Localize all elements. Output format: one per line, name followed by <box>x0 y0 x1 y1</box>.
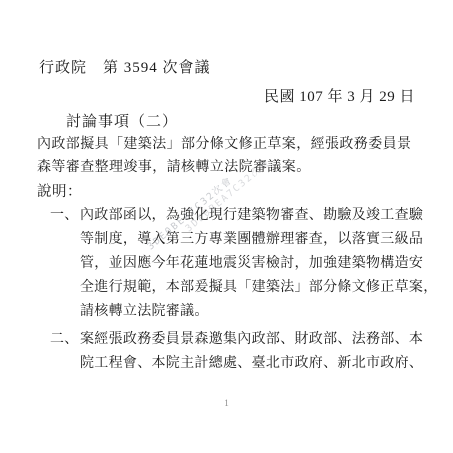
document-page: 行政院 第 3594 次會議 民國 107 年 3 月 29 日 討論事項（二）… <box>0 0 453 453</box>
page-number: 1 <box>0 398 453 408</box>
list-item-2: 二、 案經張政務委員景森邀集內政部、財政部、法務部、本 院工程會、本院主計總處、… <box>50 328 435 376</box>
document-title: 行政院 第 3594 次會議 <box>39 56 211 77</box>
list-item-number: 一、 <box>50 204 80 228</box>
subject-paragraph: 內政部擬具「建築法」部分條文修正草案，經張政務委員景 森等審查整理竣事，請核轉立… <box>37 133 427 179</box>
item2-line-1: 案經張政務委員景森邀集內政部、財政部、法務部、本 <box>80 328 423 352</box>
subject-line-1: 內政部擬具「建築法」部分條文修正草案，經張政務委員景 <box>37 133 427 156</box>
explanation-items: 一、 內政部函以，為強化現行建築物審查、勘驗及竣工查驗 等制度，導入第三方專業團… <box>50 204 435 376</box>
list-item-number: 二、 <box>50 328 80 352</box>
subject-line-2: 森等審查整理竣事，請核轉立法院審議案。 <box>37 156 427 179</box>
list-item-1: 一、 內政部函以，為強化現行建築物審查、勘驗及竣工查驗 等制度，導入第三方專業團… <box>50 204 435 324</box>
list-item-text: 內政部函以，為強化現行建築物審查、勘驗及竣工查驗 等制度，導入第三方專業團體辦理… <box>80 204 438 324</box>
item1-line-1: 內政部函以，為強化現行建築物審查、勘驗及竣工查驗 <box>80 204 438 228</box>
explanation-label: 說明： <box>37 180 82 201</box>
item2-line-2: 院工程會、本院主計總處、臺北市政府、新北市政府、 <box>80 352 423 376</box>
list-item-text: 案經張政務委員景森邀集內政部、財政部、法務部、本 院工程會、本院主計總處、臺北市… <box>80 328 423 376</box>
section-heading: 討論事項（二） <box>66 110 178 131</box>
item1-line-3: 管，並因應今年花蓮地震災害檢討，加強建築物構造安 <box>80 252 438 276</box>
item1-line-5: 請核轉立法院審議。 <box>80 300 438 324</box>
item1-line-4: 全進行規範，本部爰擬具「建築法」部分條文修正草案， <box>80 276 438 300</box>
item1-line-2: 等制度，導入第三方專業團體辦理審查，以落實三級品 <box>80 228 438 252</box>
document-date: 民國 107 年 3 月 29 日 <box>264 85 415 106</box>
